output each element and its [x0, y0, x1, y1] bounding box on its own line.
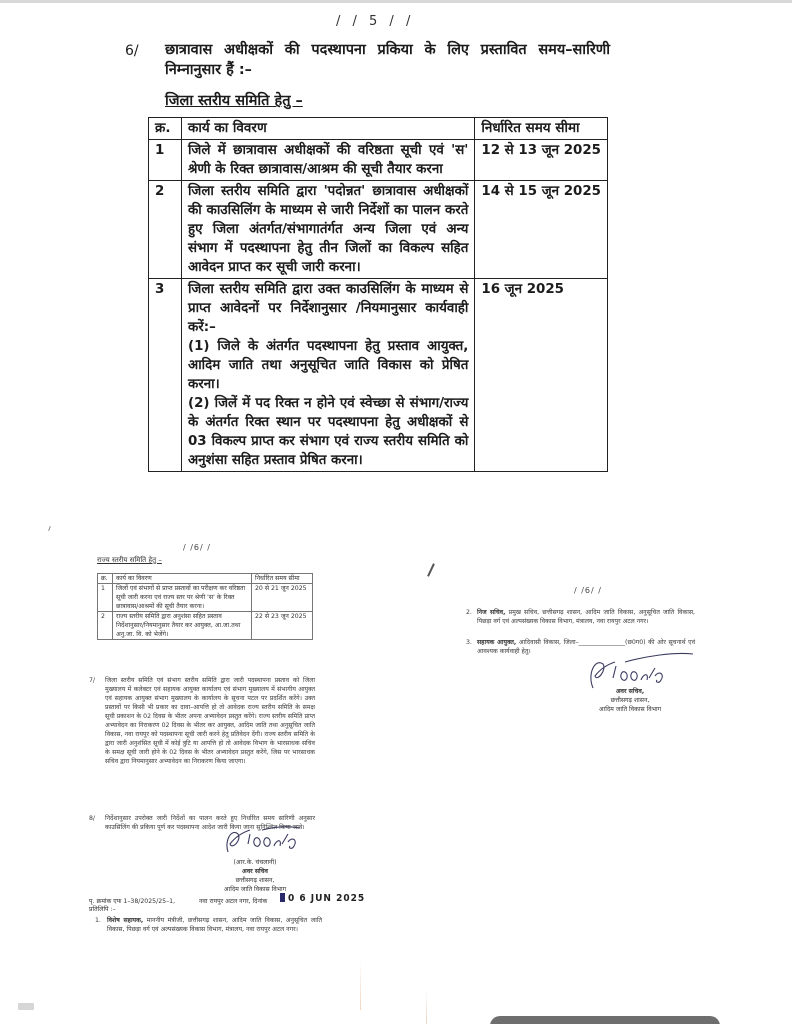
row-deadline: 12 से 13 जून 2025 — [475, 140, 608, 181]
signatory-line1: छत्तीसगढ़ शासन, — [200, 876, 310, 885]
cc-number: 3. — [466, 638, 472, 647]
para-6-number: 6/ — [125, 43, 139, 59]
cc-text: विशेष सहायक, माननीय मंत्रीजी, छत्तीसगढ़ … — [107, 916, 322, 934]
place-date-label: नवा रायपुर अटल नगर, दिनांक — [199, 897, 267, 906]
para-8-number: 8/ — [89, 814, 95, 823]
row-deadline: 22 से 23 जून 2025 — [252, 612, 313, 640]
table-row: 1 जिले में छात्रावास अधीक्षकों की वरिष्ठ… — [149, 140, 608, 181]
date-stamp: 0 6 JUN 2025 — [280, 893, 365, 903]
row-deadline: 20 से 21 जून 2025 — [252, 584, 313, 612]
signatory-designation: अवर सचिव, — [575, 687, 685, 696]
row-description: जिला स्तरीय समिति द्वारा उक्त काउसिलिंग … — [181, 279, 474, 472]
header-serial: क्र. — [149, 118, 182, 140]
bottom-navigation-bar[interactable] — [490, 1016, 720, 1024]
header-description: कार्य का विवरण — [113, 574, 252, 584]
row-description: जिले में छात्रावास अधीक्षकों की वरिष्ठता… — [181, 140, 474, 181]
page-5-excerpt: / / 5 / / 6/ छात्रावास अधीक्षकों की पदस्… — [0, 0, 792, 522]
image-seam — [426, 990, 427, 1024]
table-header: क्र. कार्य का विवरण निर्धारित समय सीमा — [98, 574, 313, 584]
table-header: क्र. कार्य का विवरण निर्धारित समय सीमा — [149, 118, 608, 140]
header-serial: क्र. — [98, 574, 113, 584]
header-deadline: निर्धारित समय सीमा — [475, 118, 608, 140]
para-7-text: जिला स्तरीय समिति एवं संभाग स्तरीय समिति… — [105, 676, 315, 766]
row-description-main: जिला स्तरीय समिति द्वारा उक्त काउसिलिंग … — [188, 280, 468, 337]
handwritten-signature-icon — [222, 822, 302, 858]
state-committee-heading: राज्य स्तरीय समिति हेतु – — [97, 556, 162, 565]
para-6-text: छात्रावास अधीक्षकों की पदस्थापना प्रकिया… — [165, 40, 610, 80]
district-schedule-table: क्र. कार्य का विवरण निर्धारित समय सीमा 1… — [148, 117, 608, 472]
signatory-designation: अवर सचिव — [200, 867, 310, 876]
handwritten-signature-icon — [585, 650, 695, 692]
signatory-block: (आर.के. चंचलानी) अवर सचिव छत्तीसगढ़ शासन… — [200, 858, 310, 894]
row-serial: 2 — [98, 612, 113, 640]
signatory-block: अवर सचिव, छत्तीसगढ़ शासन, आदिम जाति विका… — [575, 687, 685, 714]
cc-number: 1. — [95, 916, 101, 925]
signatory-line2: आदिम जाति विकास विभाग — [575, 705, 685, 714]
district-committee-heading: जिला स्तरीय समिति हेतु – — [165, 90, 303, 110]
copy-to-label: प्रतिलिपि :– — [89, 905, 116, 914]
row-serial: 1 — [149, 140, 182, 181]
table-row: 1 जिलों एवं संभागों से प्राप्त प्रस्तावो… — [98, 584, 313, 612]
header-description: कार्य का विवरण — [181, 118, 474, 140]
scan-mark — [48, 526, 51, 531]
row-description-sub2: (2) जिलें में पद रिक्त न होने एवं स्वेच्… — [188, 394, 468, 470]
cc-text: निज सचिव, प्रमुख सचिव, छत्तीसगढ़ शासन, आ… — [477, 608, 695, 626]
table-row: 2 राज्य स्तरीय समिति द्वारा अनुशंसा सहित… — [98, 612, 313, 640]
stamp-mark-icon — [280, 893, 285, 902]
scan-mark — [427, 563, 435, 577]
row-description: राज्य स्तरीय समिति द्वारा अनुशंसा सहित प… — [113, 612, 252, 640]
cc-number: 2. — [466, 608, 472, 617]
row-serial: 2 — [149, 181, 182, 279]
row-description-sub1: (1) जिले के अंतर्गत पदस्थापना हेतु प्रस्… — [188, 337, 468, 394]
row-deadline: 16 जून 2025 — [475, 279, 608, 472]
image-seam — [360, 960, 361, 1010]
row-description: जिलों एवं संभागों से प्राप्त प्रस्तावों … — [113, 584, 252, 612]
scroll-handle[interactable] — [18, 1003, 34, 1010]
state-schedule-table: क्र. कार्य का विवरण निर्धारित समय सीमा 1… — [97, 573, 313, 640]
para-7-number: 7/ — [89, 676, 95, 685]
page-number: / / 5 / / — [336, 14, 414, 29]
table-row: 3 जिला स्तरीय समिति द्वारा उक्त काउसिलिं… — [149, 279, 608, 472]
row-description: जिला स्तरीय समिति द्वारा 'पदोन्नत' छात्र… — [181, 181, 474, 279]
page-number: / /6/ / — [183, 543, 211, 552]
row-deadline: 14 से 15 जून 2025 — [475, 181, 608, 279]
header-deadline: निर्धारित समय सीमा — [252, 574, 313, 584]
table-row: 2 जिला स्तरीय समिति द्वारा 'पदोन्नत' छात… — [149, 181, 608, 279]
row-serial: 3 — [149, 279, 182, 472]
signatory-name: (आर.के. चंचलानी) — [200, 858, 310, 867]
row-serial: 1 — [98, 584, 113, 612]
page-number: / /6/ / — [574, 586, 602, 595]
signatory-line1: छत्तीसगढ़ शासन, — [575, 696, 685, 705]
